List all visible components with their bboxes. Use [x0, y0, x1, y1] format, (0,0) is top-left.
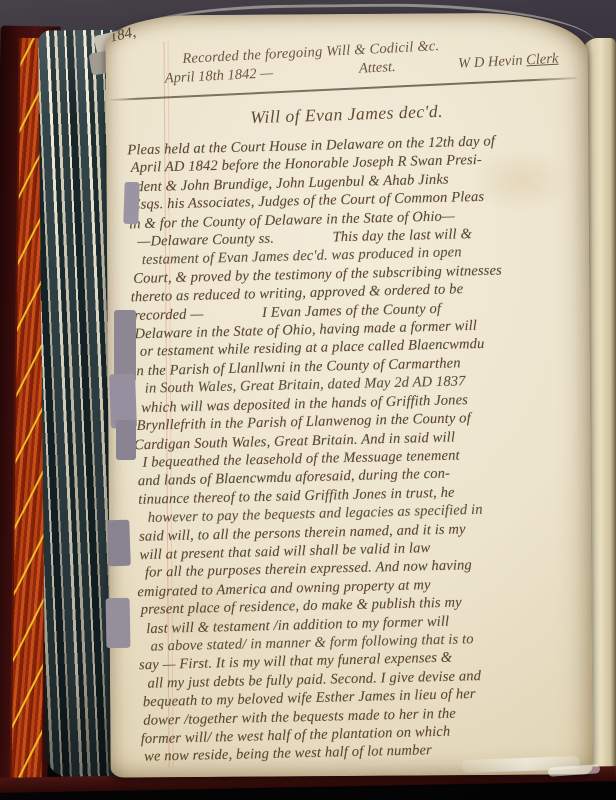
clerk-name: W D Hevin — [458, 53, 523, 72]
repair-tab — [107, 520, 131, 567]
manuscript-content: 184, Recorded the foregoing Will & Codic… — [105, 12, 592, 777]
repair-tab — [123, 182, 139, 224]
attest-label: Attest. — [359, 59, 396, 78]
manuscript-page: 184, Recorded the foregoing Will & Codic… — [105, 12, 592, 777]
repair-tab — [106, 598, 131, 648]
photo-of-will-book: 184, Recorded the foregoing Will & Codic… — [0, 0, 616, 800]
clerk-signature: W D Hevin Clerk — [458, 51, 559, 73]
repair-tab — [114, 310, 136, 382]
record-date: April 18th 1842 — — [164, 65, 273, 87]
page-number: 184, — [108, 24, 137, 46]
manuscript-body: Pleas held at the Court House in Delawar… — [126, 131, 582, 767]
clerk-title: Clerk — [526, 51, 559, 69]
repair-tab — [116, 420, 136, 460]
document-title: Will of Evan James dec'd. — [125, 97, 567, 133]
